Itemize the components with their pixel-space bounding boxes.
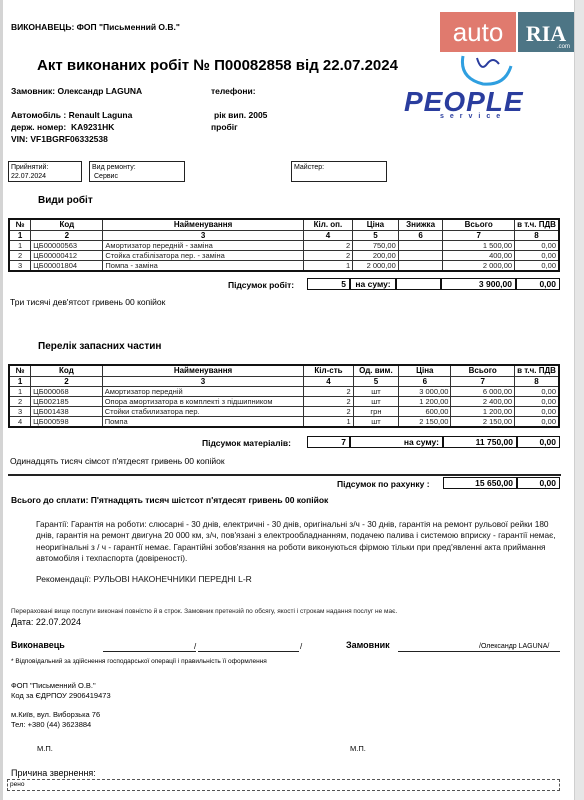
col-header: Од. вим. [353, 365, 399, 377]
col-header: Знижка [398, 219, 443, 231]
works-summary-sum-label: на суму: [350, 278, 396, 290]
works-summary-total: 3 900,00 [441, 278, 516, 290]
brand-logo-service: service [440, 113, 506, 120]
stamp-right: М.П. [350, 744, 366, 753]
row-code: ЦБ00001804 [31, 261, 103, 272]
parts-summary-total: 11 750,00 [443, 436, 517, 448]
car-label: Автомобіль : [11, 110, 66, 120]
customer-signature-line [398, 651, 560, 652]
col-header: № [9, 219, 31, 231]
col-header: Найменування [103, 219, 303, 231]
contractor-name: ФОП "Письменний О.В." [77, 22, 180, 32]
row-qty: 1 [303, 261, 352, 272]
customer-label: Замовник: [11, 86, 55, 96]
car-value: Renault Laguna [69, 110, 133, 120]
row-vat: 0,00 [515, 397, 559, 407]
row-price: 2 150,00 [399, 417, 451, 428]
recommendations: Рекомендації: РУЛЬОВІ НАКОНЕЧНИКИ ПЕРЕДН… [36, 574, 252, 584]
table-row: 4 ЦБ000598 Помпа 1 шт 2 150,00 2 150,00 … [9, 417, 559, 428]
row-qty: 1 [304, 417, 353, 428]
col-header: Ціна [353, 219, 399, 231]
customer-signature-label: Замовник [346, 640, 390, 650]
parts-summary-qty: 7 [307, 436, 350, 448]
row-price: 2 000,00 [353, 261, 399, 272]
reason-label: Причина звернення: [11, 768, 96, 778]
guarantee-text: Гарантії: Гарантія на роботи: слюсарні -… [36, 519, 556, 564]
row-total: 400,00 [443, 251, 515, 261]
reason-value: рено [10, 781, 24, 788]
works-index-row: 1 2 3 4 5 6 7 8 [9, 231, 559, 241]
accepted-value: 22.07.2024 [11, 172, 79, 181]
col-header: Всього [443, 219, 515, 231]
plate-label: держ. номер: [11, 122, 66, 132]
col-header: в т.ч. ПДВ [515, 365, 559, 377]
col-index: 3 [102, 377, 304, 387]
col-index: 6 [399, 377, 451, 387]
stamp-left: М.П. [37, 744, 53, 753]
row-name: Опора амортизатора в комплекті з підшипн… [102, 397, 304, 407]
row-qty: 2 [303, 241, 352, 251]
col-index: 3 [103, 231, 303, 241]
row-name: Амортизатор передній [102, 387, 304, 397]
col-index: 7 [443, 231, 515, 241]
row-number: 1 [9, 241, 31, 251]
row-total: 2 400,00 [451, 397, 515, 407]
contractor-signature-slash-2: / [300, 642, 302, 651]
col-header: Найменування [102, 365, 304, 377]
parts-index-row: 1 2 3 4 5 6 7 8 [9, 377, 559, 387]
parts-section-title: Перелік запасних частин [38, 341, 161, 352]
master-label: Майстер: [294, 163, 384, 172]
table-row: 2 ЦБ00000412 Стойка стабілізатора пер. -… [9, 251, 559, 261]
works-header-row: № Код Найменування Кіл. оп. Ціна Знижка … [9, 219, 559, 231]
works-table: № Код Найменування Кіл. оп. Ціна Знижка … [8, 218, 560, 272]
accepted-box: Прийнятий: 22.07.2024 [8, 161, 82, 182]
row-price: 750,00 [353, 241, 399, 251]
company-name: ФОП "Письменний О.В." [11, 681, 111, 691]
autoria-watermark-auto: auto [440, 12, 516, 52]
company-code: Код за ЄДРПОУ 2906419473 [11, 691, 111, 701]
row-name: Стойка стабілізатора пер. - заміна [103, 251, 303, 261]
row-price: 1 200,00 [399, 397, 451, 407]
works-summary-discount [396, 278, 441, 290]
row-discount [398, 241, 443, 251]
responsible-note: * Відповідальний за здійснення господарс… [11, 658, 267, 665]
contractor-signature-label: Виконавець [11, 640, 65, 650]
row-total: 1 200,00 [451, 407, 515, 417]
parts-summary-sum-label: на суму: [350, 436, 443, 448]
page-edge-left [0, 0, 3, 800]
works-summary-vat: 0,00 [516, 278, 560, 290]
row-code: ЦБ001438 [31, 407, 103, 417]
row-vat: 0,00 [515, 387, 559, 397]
row-number: 4 [9, 417, 31, 428]
col-index: 2 [31, 377, 103, 387]
parts-summary-label: Підсумок матеріалів: [202, 438, 291, 448]
customer-name: Олександр LAGUNA [57, 86, 142, 96]
row-qty: 2 [304, 407, 353, 417]
company-phone: Тел: +380 (44) 3623884 [11, 720, 100, 730]
col-header: Код [31, 219, 103, 231]
col-index: 5 [353, 377, 399, 387]
contractor-label: ВИКОНАВЕЦЬ: [11, 22, 74, 32]
row-total: 2 150,00 [451, 417, 515, 428]
col-index: 4 [304, 377, 353, 387]
row-price: 600,00 [399, 407, 451, 417]
col-header: Всього [451, 365, 515, 377]
row-vat: 0,00 [515, 417, 559, 428]
company-address: м.Київ, вул. Виборзька 76 [11, 710, 100, 720]
scrollbar-track[interactable] [574, 0, 584, 800]
col-index: 8 [515, 377, 559, 387]
row-code: ЦБ002185 [31, 397, 103, 407]
col-index: 5 [353, 231, 399, 241]
plate-line: держ. номер: KA9231HK [11, 122, 114, 132]
row-code: ЦБ000598 [31, 417, 103, 428]
plate-value: KA9231HK [71, 122, 114, 132]
row-number: 2 [9, 251, 31, 261]
contractor-line: ВИКОНАВЕЦЬ: ФОП "Письменний О.В." [11, 22, 180, 32]
row-qty: 2 [304, 397, 353, 407]
row-qty: 2 [303, 251, 352, 261]
car-line: Автомобіль : Renault Laguna [11, 110, 132, 120]
row-name: Амортизатор передній - заміна [103, 241, 303, 251]
total-divider [8, 474, 561, 476]
row-discount [398, 261, 443, 272]
col-header: Кіл. оп. [303, 219, 352, 231]
col-header: № [9, 365, 31, 377]
row-name: Помпа - заміна [103, 261, 303, 272]
row-unit: грн [353, 407, 399, 417]
works-summary-qty: 5 [307, 278, 350, 290]
row-number: 3 [9, 261, 31, 272]
parts-header-row: № Код Найменування Кіл-сть Од. вим. Ціна… [9, 365, 559, 377]
accepted-label: Прийнятий: [11, 163, 79, 172]
invoice-total-value: 15 650,00 [443, 477, 517, 489]
row-discount [398, 251, 443, 261]
row-unit: шт [353, 387, 399, 397]
customer-line: Замовник: Олександр LAGUNA [11, 86, 142, 96]
row-unit: шт [353, 397, 399, 407]
year-value: 2005 [249, 110, 268, 120]
row-code: ЦБ00000563 [31, 241, 103, 251]
row-vat: 0,00 [515, 407, 559, 417]
row-price: 3 000,00 [399, 387, 451, 397]
customer-signature-name: /Олександр LAGUNA/ [479, 643, 549, 650]
row-number: 1 [9, 387, 31, 397]
ria-text: RIA [526, 21, 566, 46]
table-row: 3 ЦБ00001804 Помпа - заміна 1 2 000,00 2… [9, 261, 559, 272]
master-box: Майстер: [291, 161, 387, 182]
col-header: Кіл-сть [304, 365, 353, 377]
vin-label: VIN: [11, 134, 28, 144]
row-number: 3 [9, 407, 31, 417]
col-index: 8 [515, 231, 559, 241]
table-row: 2 ЦБ002185 Опора амортизатора в комплект… [9, 397, 559, 407]
mileage-label: пробіг [211, 122, 238, 132]
company-details: ФОП "Письменний О.В." Код за ЄДРПОУ 2906… [11, 681, 111, 701]
table-row: 1 ЦБ00000563 Амортизатор передній - замі… [9, 241, 559, 251]
row-total: 1 500,00 [443, 241, 515, 251]
table-row: 1 ЦБ000068 Амортизатор передній 2 шт 3 0… [9, 387, 559, 397]
works-summary-label: Підсумок робіт: [228, 280, 294, 290]
col-index: 1 [9, 231, 31, 241]
invoice-total-vat: 0,00 [517, 477, 560, 489]
row-code: ЦБ000068 [31, 387, 103, 397]
table-row: 3 ЦБ001438 Стойки стабилизатора пер. 2 г… [9, 407, 559, 417]
works-section-title: Види робіт [38, 195, 93, 206]
col-index: 7 [451, 377, 515, 387]
total-to-pay: Всього до сплати: П'ятнадцять тисяч шіст… [11, 495, 328, 505]
disclaimer: Перераховані вище послуги виконані повні… [11, 608, 397, 615]
row-vat: 0,00 [515, 261, 559, 272]
reason-field: рено [7, 779, 560, 791]
row-number: 2 [9, 397, 31, 407]
row-unit: шт [353, 417, 399, 428]
ria-com: .com [557, 44, 570, 50]
invoice-total-label: Підсумок по рахунку : [337, 479, 430, 489]
repair-type-value: Сервис [92, 172, 182, 181]
autoria-watermark-ria: RIA .com [518, 12, 574, 52]
vin-line: VIN: VF1BGRF06332538 [11, 134, 108, 144]
row-total: 2 000,00 [443, 261, 515, 272]
contractor-signature-line-2 [198, 651, 299, 652]
repair-type-box: Вид ремонту: Сервис [89, 161, 185, 182]
act-date: Дата: 22.07.2024 [11, 617, 81, 627]
year-label: рік вип. [214, 110, 246, 120]
row-vat: 0,00 [515, 251, 559, 261]
works-total-in-words: Три тисячі дев'ятсот гривень 00 копійок [10, 297, 165, 307]
year-line: рік вип. 2005 [214, 110, 267, 120]
col-header: в т.ч. ПДВ [515, 219, 559, 231]
parts-table: № Код Найменування Кіл-сть Од. вим. Ціна… [8, 364, 560, 428]
col-index: 6 [398, 231, 443, 241]
row-name: Помпа [102, 417, 304, 428]
phones-label: телефони: [211, 86, 256, 96]
col-index: 1 [9, 377, 31, 387]
parts-total-in-words: Одинадцять тисяч сімсот п'ятдесят гривен… [10, 456, 225, 466]
parts-summary-vat: 0,00 [517, 436, 560, 448]
contractor-signature-slash-1: / [194, 642, 196, 651]
brand-swoosh-icon [455, 48, 515, 88]
row-vat: 0,00 [515, 241, 559, 251]
repair-type-label: Вид ремонту: [92, 163, 182, 172]
contractor-signature-line-1 [103, 651, 196, 652]
row-name: Стойки стабилизатора пер. [102, 407, 304, 417]
col-index: 2 [31, 231, 103, 241]
row-total: 6 000,00 [451, 387, 515, 397]
vin-value: VF1BGRF06332538 [30, 134, 108, 144]
col-header: Код [31, 365, 103, 377]
col-header: Ціна [399, 365, 451, 377]
row-price: 200,00 [353, 251, 399, 261]
row-qty: 2 [304, 387, 353, 397]
page-title: Акт виконаних робіт № П00082858 від 22.0… [37, 57, 398, 74]
company-contacts: м.Київ, вул. Виборзька 76 Тел: +380 (44)… [11, 710, 100, 730]
col-index: 4 [303, 231, 352, 241]
row-code: ЦБ00000412 [31, 251, 103, 261]
